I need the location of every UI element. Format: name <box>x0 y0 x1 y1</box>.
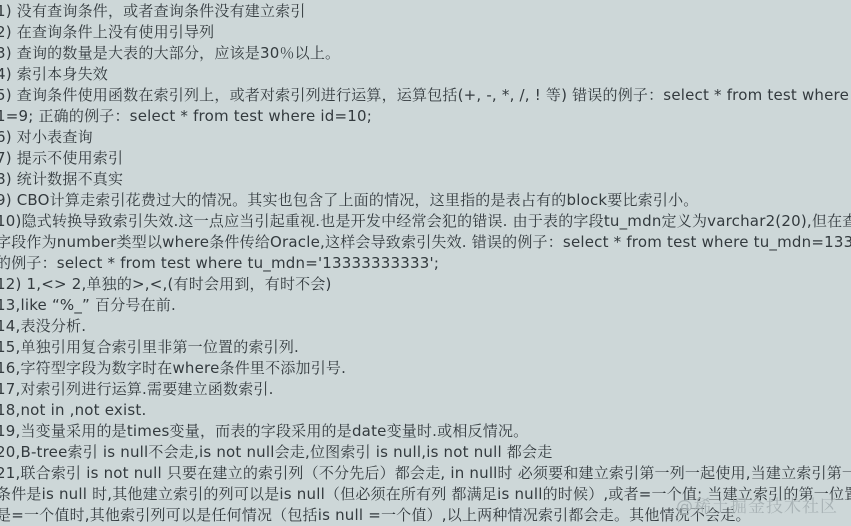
text-line: 21,联合索引 is not null 只要在建立的索引列（不分先后）都会走, … <box>0 463 851 484</box>
text-line: 7) 提示不使用索引 <box>0 148 851 169</box>
text-line: 14,表没分析. <box>0 316 851 337</box>
text-line: 2) 在查询条件上没有使用引导列 <box>0 22 851 43</box>
text-line: 是=一个值时,其他索引列可以是任何情况（包括is null =一个值）,以上两种… <box>0 505 851 526</box>
text-line: 9) CBO计算走索引花费过大的情况。其实也包含了上面的情况，这里指的是表占有的… <box>0 190 851 211</box>
text-line: 1=9; 正确的例子：select * from test where id=1… <box>0 106 851 127</box>
text-line: 15,单独引用复合索引里非第一位置的索引列. <box>0 337 851 358</box>
text-line: 19,当变量采用的是times变量，而表的字段采用的是date变量时.或相反情况… <box>0 421 851 442</box>
text-line: 的例子：select * from test where tu_mdn='133… <box>0 253 851 274</box>
text-line: 1) 没有查询条件，或者查询条件没有建立索引 <box>0 1 851 22</box>
text-line: 6) 对小表查询 <box>0 127 851 148</box>
text-line: 8) 统计数据不真实 <box>0 169 851 190</box>
text-line: 16,字符型字段为数字时在where条件里不添加引号. <box>0 358 851 379</box>
text-line: 10)隐式转换导致索引失效.这一点应当引起重视.也是开发中经常会犯的错误. 由于… <box>0 211 851 232</box>
text-line: 12) 1,<> 2,单独的>,<,(有时会用到，有时不会) <box>0 274 851 295</box>
text-line: 13,like “%_” 百分号在前. <box>0 295 851 316</box>
text-line: 3) 查询的数量是大表的大部分，应该是30％以上。 <box>0 43 851 64</box>
text-line: 20,B-tree索引 is null不会走,is not null会走,位图索… <box>0 442 851 463</box>
text-line: 5) 查询条件使用函数在索引列上，或者对索引列进行运算，运算包括(+, -, *… <box>0 85 851 106</box>
text-line: 条件是is null 时,其他建立索引的列可以是is null（但必须在所有列 … <box>0 484 851 505</box>
text-line: 4) 索引本身失效 <box>0 64 851 85</box>
text-line: 18,not in ,not exist. <box>0 400 851 421</box>
text-line: 字段作为number类型以where条件传给Oracle,这样会导致索引失效. … <box>0 232 851 253</box>
text-line: 17,对索引列进行运算.需要建立函数索引. <box>0 379 851 400</box>
notes-document: 1) 没有查询条件，或者查询条件没有建立索引 2) 在查询条件上没有使用引导列 … <box>0 1 851 526</box>
